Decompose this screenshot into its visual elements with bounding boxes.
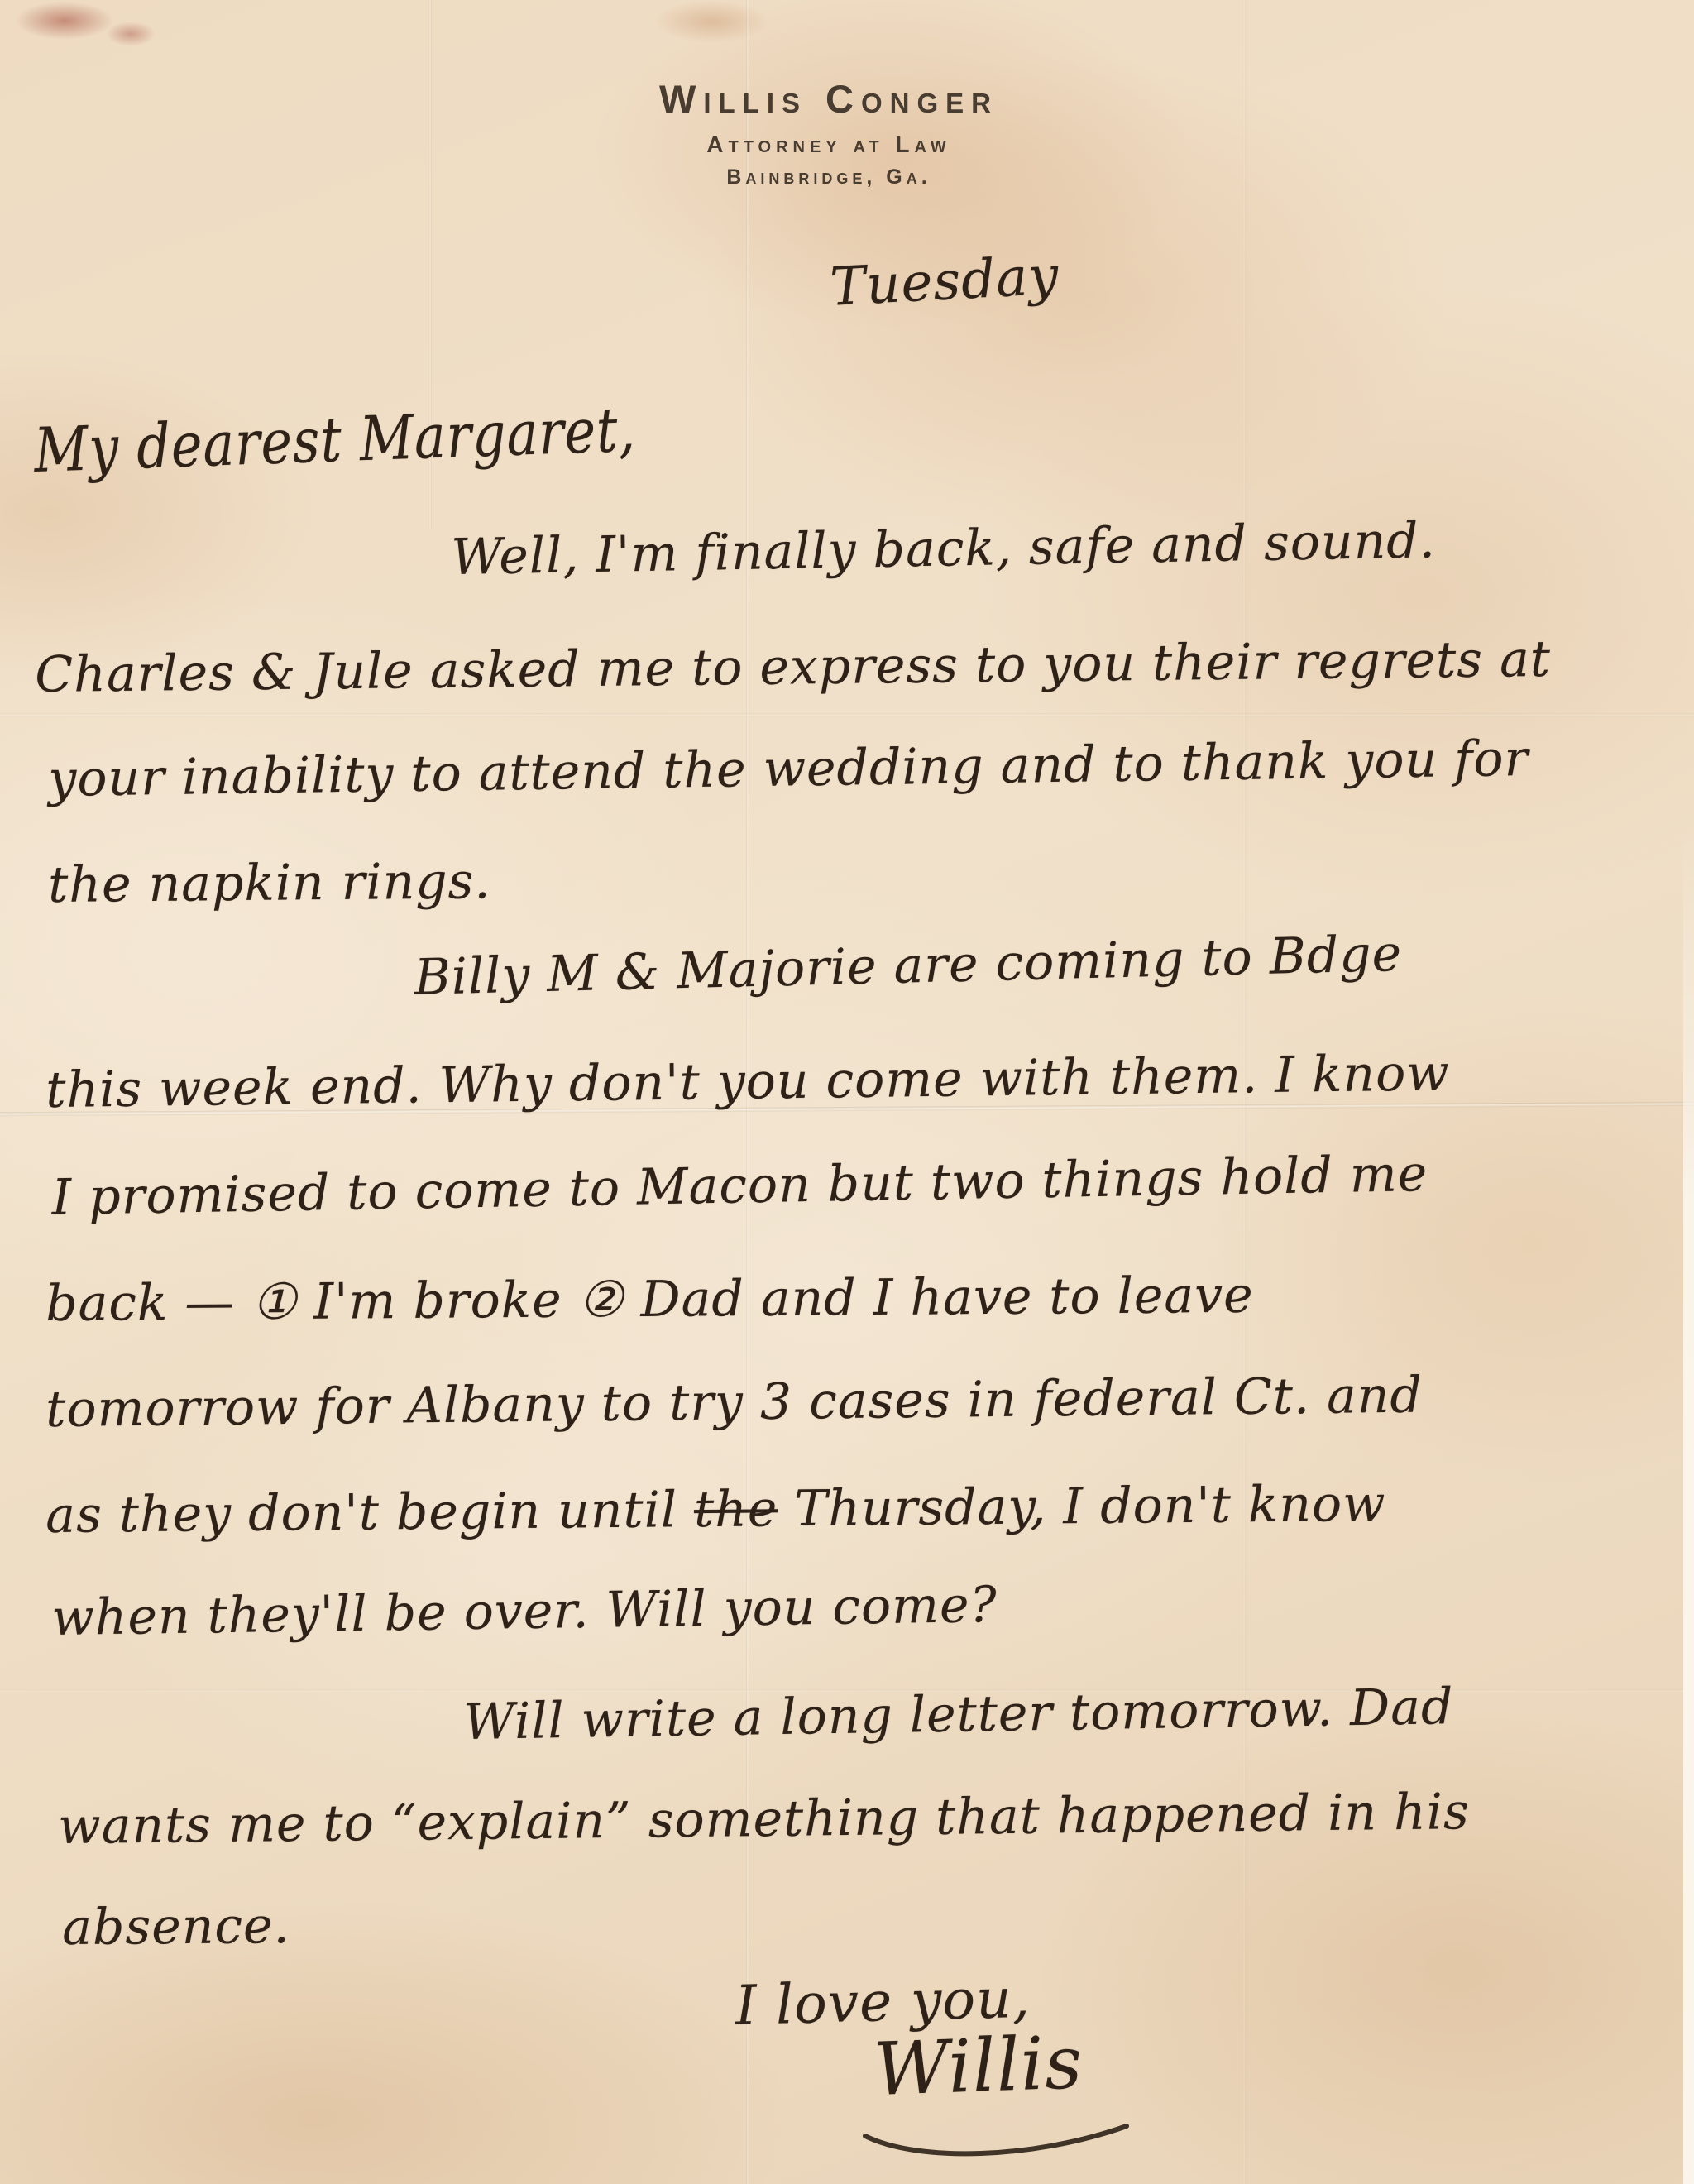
signature-underline-flourish [860,2115,1133,2167]
letter-line-11: when they'll be over. Will you come? [51,1580,998,1643]
ink-smudge [15,2,114,40]
scan-edge [1683,0,1694,2184]
horizontal-fold-crease [0,713,1694,717]
ink-smudge [106,22,156,46]
letter-line-3: your inability to attend the wedding and… [48,734,1529,804]
letter-line-1: Well, I'm finally back, safe and sound. [451,515,1436,582]
struck-out-word: the [694,1480,778,1539]
letterhead-location: Bainbridge, Ga. [423,165,1234,189]
letter-line-4: the napkin rings. [48,856,491,910]
salutation: My dearest Margaret, [33,400,637,481]
letter-line-9: tomorrow for Albany to try 3 cases in fe… [45,1371,1423,1434]
letter-line-7: I promised to come to Macon but two thin… [51,1149,1428,1223]
date-line: Tuesday [829,250,1060,314]
letter-line-2: Charles & Jule asked me to express to yo… [35,635,1551,700]
letter-line-14: absence. [62,1901,290,1952]
letterhead-name: Willis Conger [423,76,1234,122]
letter-line-13: wants me to “explain” something that hap… [58,1787,1470,1851]
letter-line-8: back — ① I'm broke ② Dad and I have to l… [45,1271,1254,1329]
line-10-pre: as they don't begin until [45,1481,694,1545]
paper-stain [653,0,769,43]
letterhead-title: Attorney at Law [423,132,1234,158]
letterhead: Willis Conger Attorney at Law Bainbridge… [423,76,1234,189]
signature: Willis [873,2026,1084,2106]
line-10-post: Thursday, I don't know [778,1475,1386,1538]
letter-line-5: Billy M & Majorie are coming to Bdge [414,929,1403,1003]
letter-line-12: Will write a long letter tomorrow. Dad [463,1682,1454,1747]
letter-page: Willis Conger Attorney at Law Bainbridge… [0,0,1694,2184]
letter-line-10: as they don't begin until the Thursday, … [45,1479,1386,1540]
